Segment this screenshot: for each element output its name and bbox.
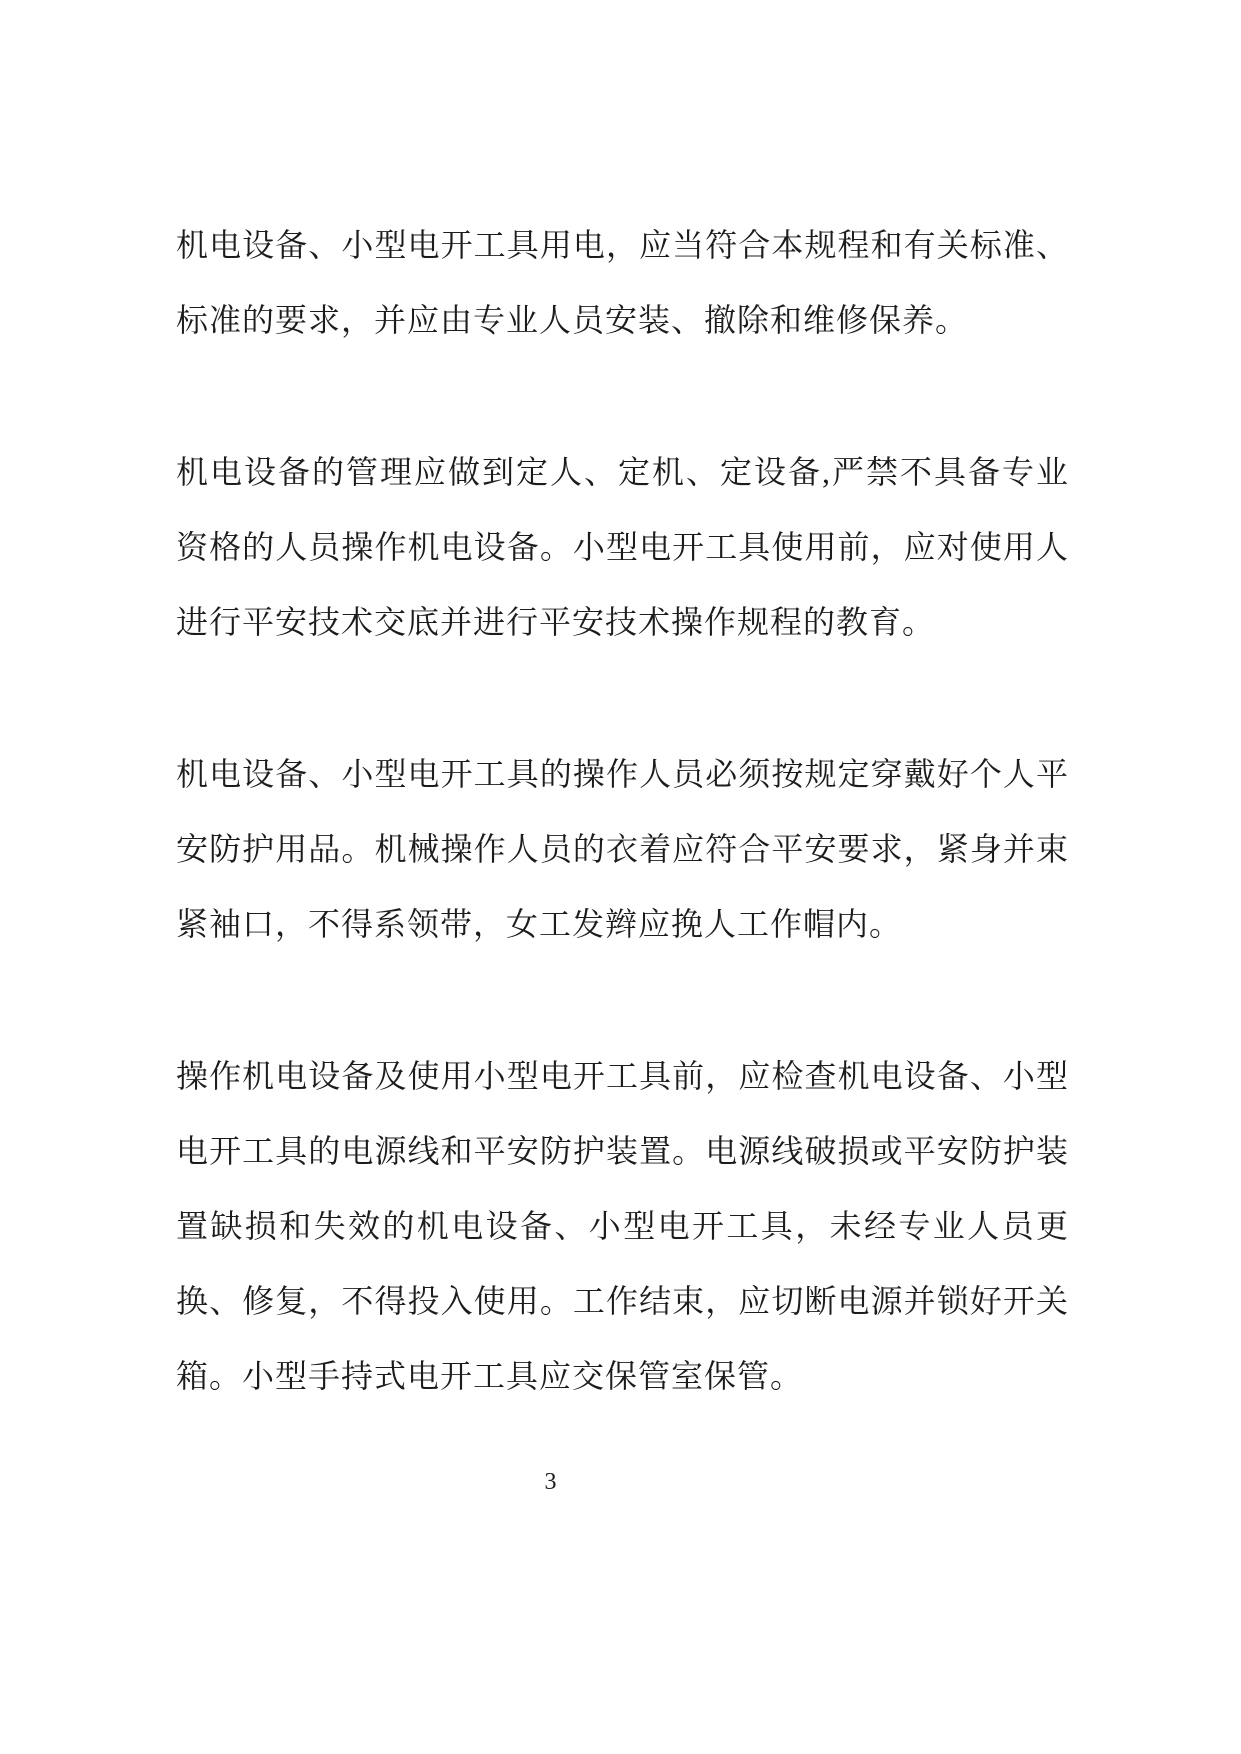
document-page: 机电设备、小型电开工具用电，应当符合本规程和有关标准、标准的要求，并应由专业人员… [0,0,1241,1754]
paragraph-pre-operation-checks: 操作机电设备及使用小型电开工具前，应检查机电设备、小型电开工具的电源线和平安防护… [176,1039,1069,1414]
document-body: 机电设备、小型电开工具用电，应当符合本规程和有关标准、标准的要求，并应由专业人员… [176,208,1069,1414]
paragraph-equipment-management: 机电设备的管理应做到定人、定机、定设备,严禁不具备专业资格的人员操作机电设备。小… [176,435,1069,660]
paragraph-operator-ppe: 机电设备、小型电开工具的操作人员必须按规定穿戴好个人平安防护用品。机械操作人员的… [176,737,1069,962]
paragraph-equipment-power-requirements: 机电设备、小型电开工具用电，应当符合本规程和有关标准、标准的要求，并应由专业人员… [176,208,1069,358]
page-footer: 3 [0,1462,1101,1502]
page-number: 3 [545,1469,557,1495]
